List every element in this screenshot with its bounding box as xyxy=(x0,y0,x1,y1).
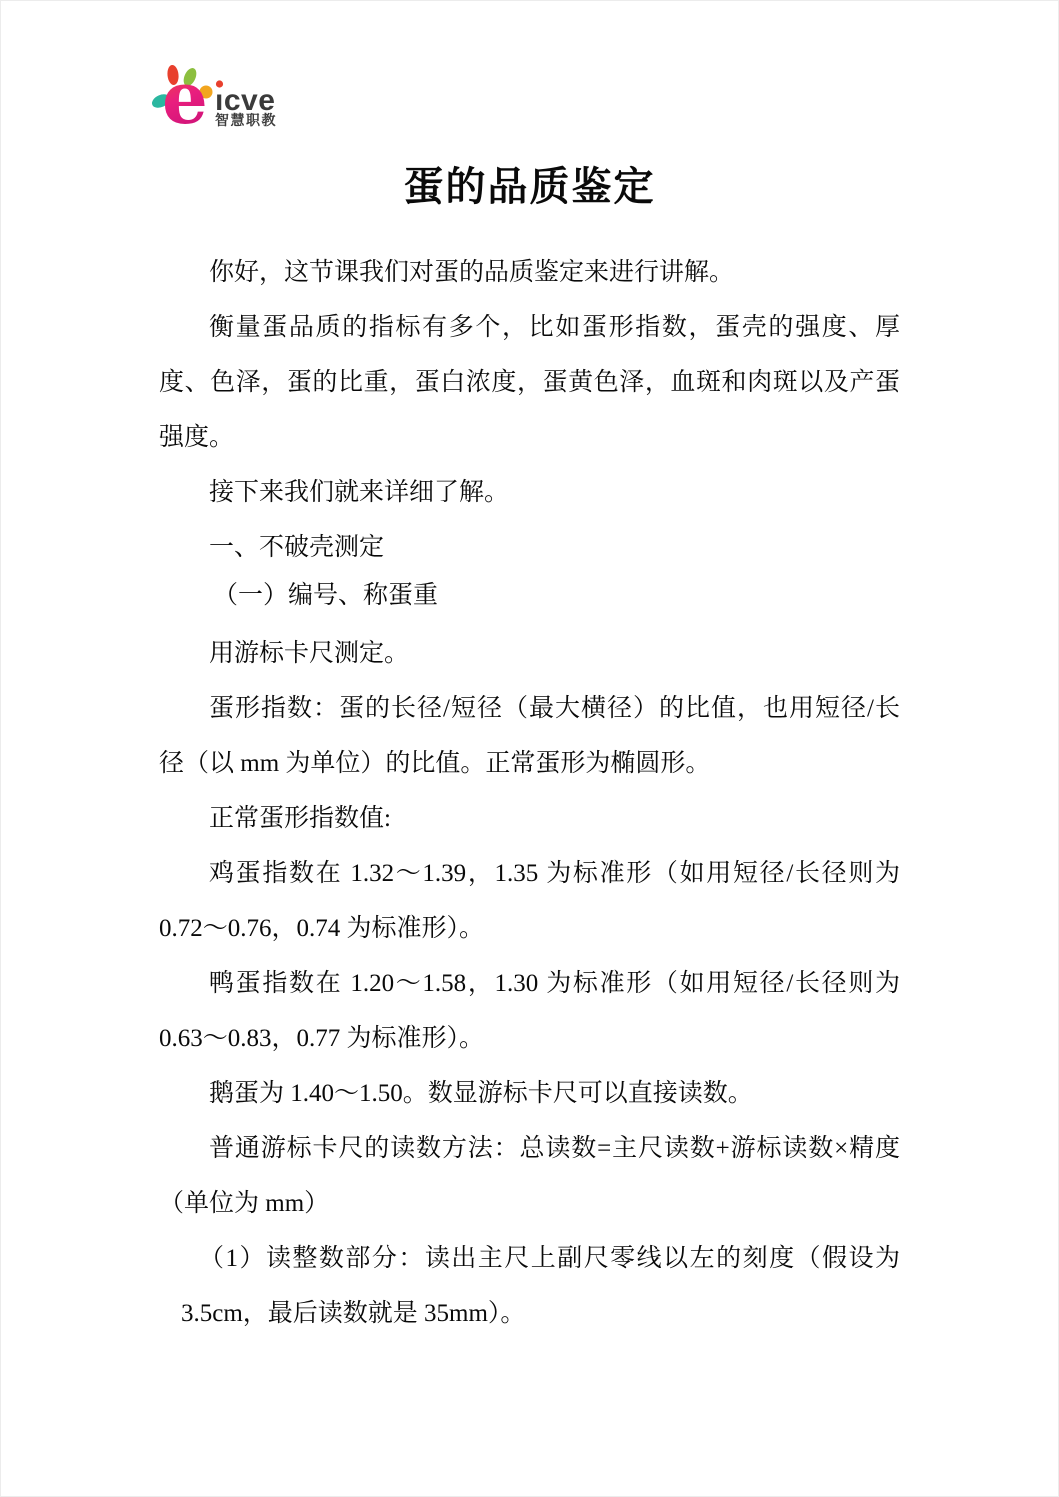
text-line: 强度。 xyxy=(159,410,900,465)
logo-e-glyph: e xyxy=(162,58,208,132)
text-line: 鸭蛋指数在 1.20～1.58，1.30 为标准形（如用短径/长径则为 xyxy=(159,956,900,1011)
text-line: 3.5cm，最后读数就是 35mm）。 xyxy=(159,1286,900,1341)
text-line: 鹅蛋为 1.40～1.50。数显游标卡尺可以直接读数。 xyxy=(159,1066,900,1121)
logo-subtitle-text: 智慧职教 xyxy=(215,112,277,128)
page-title: 蛋的品质鉴定 xyxy=(0,158,1059,216)
text-line: 你好，这节课我们对蛋的品质鉴定来进行讲解。 xyxy=(159,245,900,300)
text-line: 度、色泽，蛋的比重，蛋白浓度，蛋黄色泽，血斑和肉斑以及产蛋 xyxy=(159,355,900,410)
text-line: 径（以 mm 为单位）的比值。正常蛋形为椭圆形。 xyxy=(159,736,900,791)
text-line: 鸡蛋指数在 1.32～1.39，1.35 为标准形（如用短径/长径则为 xyxy=(159,846,900,901)
text-line: （一）编号、称蛋重 xyxy=(159,568,900,623)
text-line: 接下来我们就来详细了解。 xyxy=(159,465,900,520)
text-line: 0.63～0.83，0.77 为标准形）。 xyxy=(159,1011,900,1066)
icve-logo-icon: e ıcve 智慧职教 xyxy=(148,58,298,132)
text-line: 正常蛋形指数值: xyxy=(159,791,900,846)
text-line: 蛋形指数：蛋的长径/短径（最大横径）的比值，也用短径/长 xyxy=(159,681,900,736)
text-line: （1）读整数部分：读出主尺上副尺零线以左的刻度（假设为 xyxy=(159,1231,900,1286)
text-line: 一、不破壳测定 xyxy=(159,520,900,575)
document-body: 你好，这节课我们对蛋的品质鉴定来进行讲解。衡量蛋品质的指标有多个，比如蛋形指数，… xyxy=(159,245,900,1341)
text-line: 用游标卡尺测定。 xyxy=(159,626,900,681)
document-page: e ıcve 智慧职教 蛋的品质鉴定 你好，这节课我们对蛋的品质鉴定来进行讲解。… xyxy=(0,0,1059,1497)
text-line: （单位为 mm） xyxy=(159,1176,900,1231)
text-line: 衡量蛋品质的指标有多个，比如蛋形指数，蛋壳的强度、厚 xyxy=(159,300,900,355)
text-line: 0.72～0.76，0.74 为标准形）。 xyxy=(159,901,900,956)
text-line: 普通游标卡尺的读数方法：总读数=主尺读数+游标读数×精度 xyxy=(159,1121,900,1176)
logo-i-dot-icon xyxy=(216,80,223,87)
icve-logo: e ıcve 智慧职教 xyxy=(148,58,298,132)
